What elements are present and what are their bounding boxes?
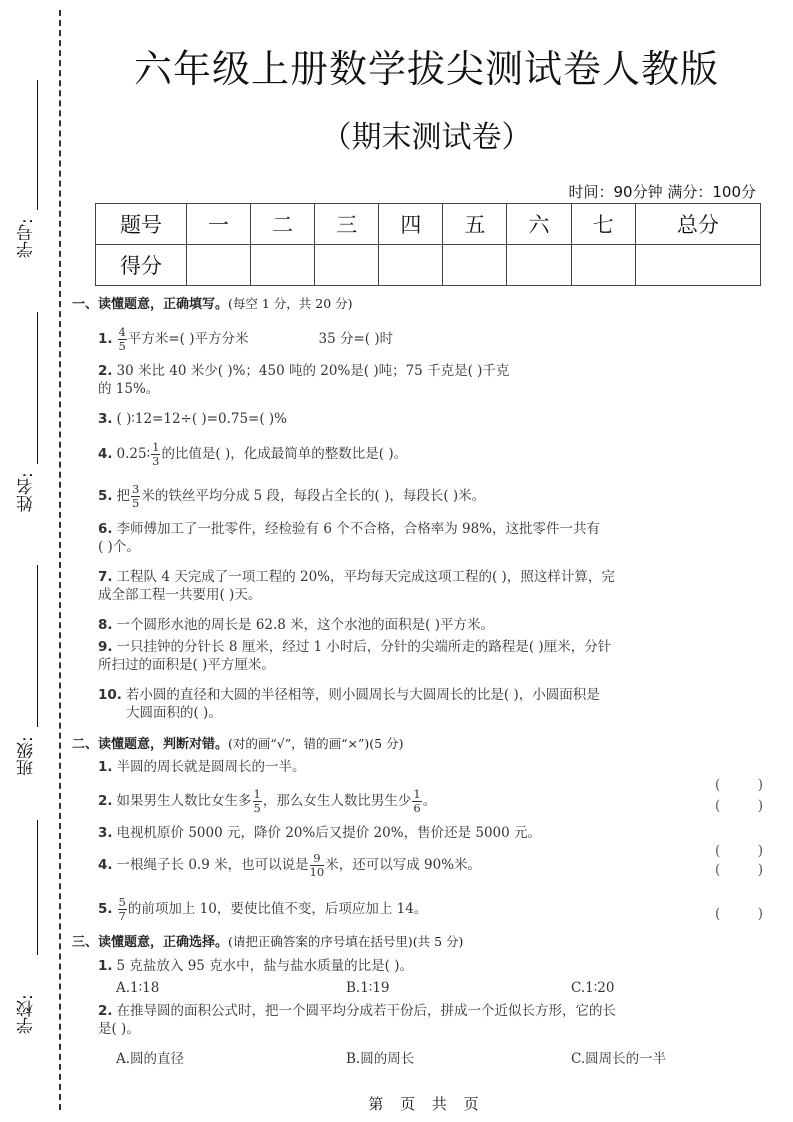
answer-parens[interactable]: () — [715, 861, 763, 879]
question-text-cont: 大圆面积的( )。 — [98, 704, 763, 722]
s1-question-5: 5.把35米的铁丝平均分成 5 段，每段占全长的( )，每段长( )米。 — [98, 483, 763, 510]
score-cell[interactable] — [187, 245, 251, 286]
fraction: 16 — [412, 788, 421, 815]
header-cell: 一 — [187, 204, 251, 245]
question-text: 一只挂钟的分针长 8 厘米，经过 1 小时后，分针的尖端所走的路程是( )厘米，… — [117, 639, 612, 655]
section-3-heading: 三、读懂题意，正确选择。(请把正确答案的序号填在括号里)(共 5 分) — [72, 934, 463, 952]
question-number: 5. — [98, 488, 113, 504]
s1-question-1: 1.45平方米=( )平方分米35 分=( )时 — [98, 326, 763, 353]
s1-question-4: 4.0.25∶13的比值是( )，化成最简单的整数比是( )。 — [98, 441, 763, 468]
school-line[interactable] — [37, 820, 38, 955]
section-3-note: (请把正确答案的序号填在括号里)(共 5 分) — [228, 934, 463, 949]
answer-parens[interactable]: () — [715, 797, 763, 815]
score-cell[interactable] — [379, 245, 443, 286]
question-number: 9. — [98, 639, 113, 655]
s1-question-8: 8.一个圆形水池的周长是 62.8 米，这个水池的面积是( )平方米。 — [98, 616, 763, 634]
question-number: 8. — [98, 617, 113, 633]
question-text: 米，还可以写成 90%米。 — [325, 857, 481, 873]
question-text: 0.25∶ — [117, 446, 151, 462]
student-id-line[interactable] — [37, 80, 38, 210]
question-text-cont: 是( )。 — [98, 1020, 763, 1038]
score-cell[interactable] — [443, 245, 507, 286]
question-text: 的比值是( )，化成最简单的整数比是( )。 — [161, 446, 407, 462]
option-b[interactable]: B.1∶19 — [346, 979, 390, 997]
option-a[interactable]: A.1∶18 — [116, 979, 159, 997]
name-line[interactable] — [37, 312, 38, 464]
option-c[interactable]: C.1∶20 — [571, 979, 614, 997]
question-number: 3. — [98, 411, 113, 427]
question-number: 5. — [98, 901, 113, 917]
section-1-title: 一、读懂题意，正确填写。 — [72, 297, 228, 312]
s2-question-2: 2.如果男生人数比女生多15，那么女生人数比男生少16。 () — [98, 788, 763, 815]
question-text-cont: 的 15%。 — [98, 380, 763, 398]
s2-question-4: 4.一根绳子长 0.9 米，也可以说是910米，还可以写成 90%米。 () — [98, 852, 763, 879]
header-cell: 二 — [251, 204, 315, 245]
s2-question-3: 3.电视机原价 5000 元，降价 20%后又提价 20%，售价还是 5000 … — [98, 824, 763, 842]
question-number: 1. — [98, 759, 113, 775]
question-number: 3. — [98, 825, 113, 841]
question-text: 35 分=( )时 — [319, 331, 394, 347]
binding-margin: 学号: 姓名: 班级: 学校: — [0, 0, 58, 1122]
s3-question-1: 1.5 克盐放入 95 克水中，盐与盐水质量的比是( )。 — [98, 957, 763, 975]
question-text: 平方米=( )平方分米 — [128, 331, 249, 347]
section-2-note: (对的画“√”，错的画“×”)(5 分) — [228, 736, 403, 751]
fraction: 35 — [131, 483, 140, 510]
header-cell: 题号 — [96, 204, 187, 245]
question-number: 2. — [98, 1003, 113, 1019]
s1-question-2: 2.30 米比 40 米少( )%；450 吨的 20%是( )吨；75 千克是… — [98, 362, 763, 398]
class-label: 班级: — [14, 732, 40, 780]
s1-question-3: 3.( )∶12=12÷( )=0.75=( )% — [98, 410, 763, 428]
header-cell: 七 — [571, 204, 635, 245]
s2-question-5: 5.57的前项加上 10，要使比值不变，后项应加上 14。 () — [98, 896, 763, 923]
score-table-header-row: 题号 一 二 三 四 五 六 七 总分 — [96, 204, 761, 245]
question-text-cont: 所扫过的面积是( )平方厘米。 — [98, 656, 763, 674]
score-cell[interactable] — [315, 245, 379, 286]
fraction: 15 — [253, 788, 262, 815]
fraction: 45 — [118, 326, 127, 353]
question-number: 4. — [98, 446, 113, 462]
score-cell[interactable] — [251, 245, 315, 286]
question-text: 米的铁丝平均分成 5 段，每段占全长的( )，每段长( )米。 — [141, 488, 485, 504]
section-1-heading: 一、读懂题意，正确填写。(每空 1 分，共 20 分) — [72, 296, 353, 314]
fraction: 910 — [310, 852, 325, 879]
score-cell[interactable] — [507, 245, 571, 286]
header-cell: 六 — [507, 204, 571, 245]
option-c[interactable]: C.圆周长的一半 — [571, 1050, 666, 1068]
question-number: 1. — [98, 331, 113, 347]
s1-question-6: 6.李师傅加工了一批零件，经检验有 6 个不合格，合格率为 98%，这批零件一共… — [98, 520, 763, 556]
question-text-cont: ( )个。 — [98, 538, 763, 556]
s1-question-9: 9.一只挂钟的分针长 8 厘米，经过 1 小时后，分针的尖端所走的路程是( )厘… — [98, 638, 763, 674]
fraction: 57 — [118, 896, 127, 923]
question-number: 4. — [98, 857, 113, 873]
question-number: 1. — [98, 958, 113, 974]
question-text-cont: 成全部工程一共要用( )天。 — [98, 586, 763, 604]
header-cell: 总分 — [635, 204, 760, 245]
question-number: 10. — [98, 687, 122, 703]
question-number: 2. — [98, 363, 113, 379]
question-text: 半圆的周长就是圆周长的一半。 — [117, 759, 306, 775]
header-cell: 三 — [315, 204, 379, 245]
header-cell: 五 — [443, 204, 507, 245]
score-row-label: 得分 — [96, 245, 187, 286]
option-b[interactable]: B.圆的周长 — [346, 1050, 414, 1068]
score-cell[interactable] — [571, 245, 635, 286]
s2-question-1: 1.半圆的周长就是圆周长的一半。 () — [98, 758, 763, 776]
question-number: 6. — [98, 521, 113, 537]
question-text: 电视机原价 5000 元，降价 20%后又提价 20%，售价还是 5000 元。 — [117, 825, 541, 841]
exam-title: 六年级上册数学拔尖测试卷人教版 — [60, 38, 793, 93]
exam-subtitle: （期末测试卷） — [60, 112, 793, 156]
question-text: 的前项加上 10，要使比值不变，后项应加上 14。 — [128, 901, 427, 917]
question-text: 一个圆形水池的周长是 62.8 米，这个水池的面积是( )平方米。 — [117, 617, 494, 633]
section-2-title: 二、读懂题意，判断对错。 — [72, 737, 228, 752]
question-text: 30 米比 40 米少( )%；450 吨的 20%是( )吨；75 千克是( … — [117, 363, 510, 379]
question-text: 5 克盐放入 95 克水中，盐与盐水质量的比是( )。 — [117, 958, 413, 974]
section-2-heading: 二、读懂题意，判断对错。(对的画“√”，错的画“×”)(5 分) — [72, 736, 403, 754]
class-line[interactable] — [37, 565, 38, 727]
question-text: 工程队 4 天完成了一项工程的 20%，平均每天完成这项工程的( )，照这样计算… — [117, 569, 615, 585]
question-number: 2. — [98, 793, 113, 809]
name-label: 姓名: — [14, 468, 40, 516]
s1-question-7: 7.工程队 4 天完成了一项工程的 20%，平均每天完成这项工程的( )，照这样… — [98, 568, 763, 604]
section-3-title: 三、读懂题意，正确选择。 — [72, 935, 228, 950]
section-1-note: (每空 1 分，共 20 分) — [228, 296, 353, 311]
s1-question-10: 10.若小圆的直径和大圆的半径相等，则小圆周长与大圆周长的比是( )，小圆面积是… — [98, 686, 763, 722]
score-table: 题号 一 二 三 四 五 六 七 总分 得分 — [95, 203, 761, 286]
question-text: 如果男生人数比女生多 — [117, 793, 252, 809]
time-score-info: 时间：90分钟 满分：100分 — [569, 181, 757, 202]
question-text: ( )∶12=12÷( )=0.75=( )% — [117, 411, 287, 427]
question-text: 在推导圆的面积公式时，把一个圆平均分成若干份后，拼成一个近似长方形，它的长 — [117, 1003, 617, 1019]
question-text: 李师傅加工了一批零件，经检验有 6 个不合格，合格率为 98%，这批零件一共有 — [117, 521, 600, 537]
option-a[interactable]: A.圆的直径 — [116, 1050, 184, 1068]
question-number: 7. — [98, 569, 113, 585]
score-table-score-row: 得分 — [96, 245, 761, 286]
question-text: 。 — [423, 793, 437, 809]
question-text: 一根绳子长 0.9 米，也可以说是 — [117, 857, 309, 873]
student-id-label: 学号: — [14, 214, 40, 262]
question-text: ，那么女生人数比男生少 — [263, 793, 412, 809]
question-text: 若小圆的直径和大圆的半径相等，则小圆周长与大圆周长的比是( )，小圆面积是 — [126, 687, 600, 703]
score-cell[interactable] — [635, 245, 760, 286]
school-label: 学校: — [14, 990, 40, 1038]
answer-parens[interactable]: () — [715, 905, 763, 923]
binding-dashed-line — [59, 10, 61, 1110]
page-footer: 第 页 共 页 — [60, 1093, 793, 1114]
s3-question-2: 2.在推导圆的面积公式时，把一个圆平均分成若干份后，拼成一个近似长方形，它的长 … — [98, 1002, 763, 1038]
header-cell: 四 — [379, 204, 443, 245]
question-text: 把 — [117, 488, 131, 504]
fraction: 13 — [151, 441, 160, 468]
